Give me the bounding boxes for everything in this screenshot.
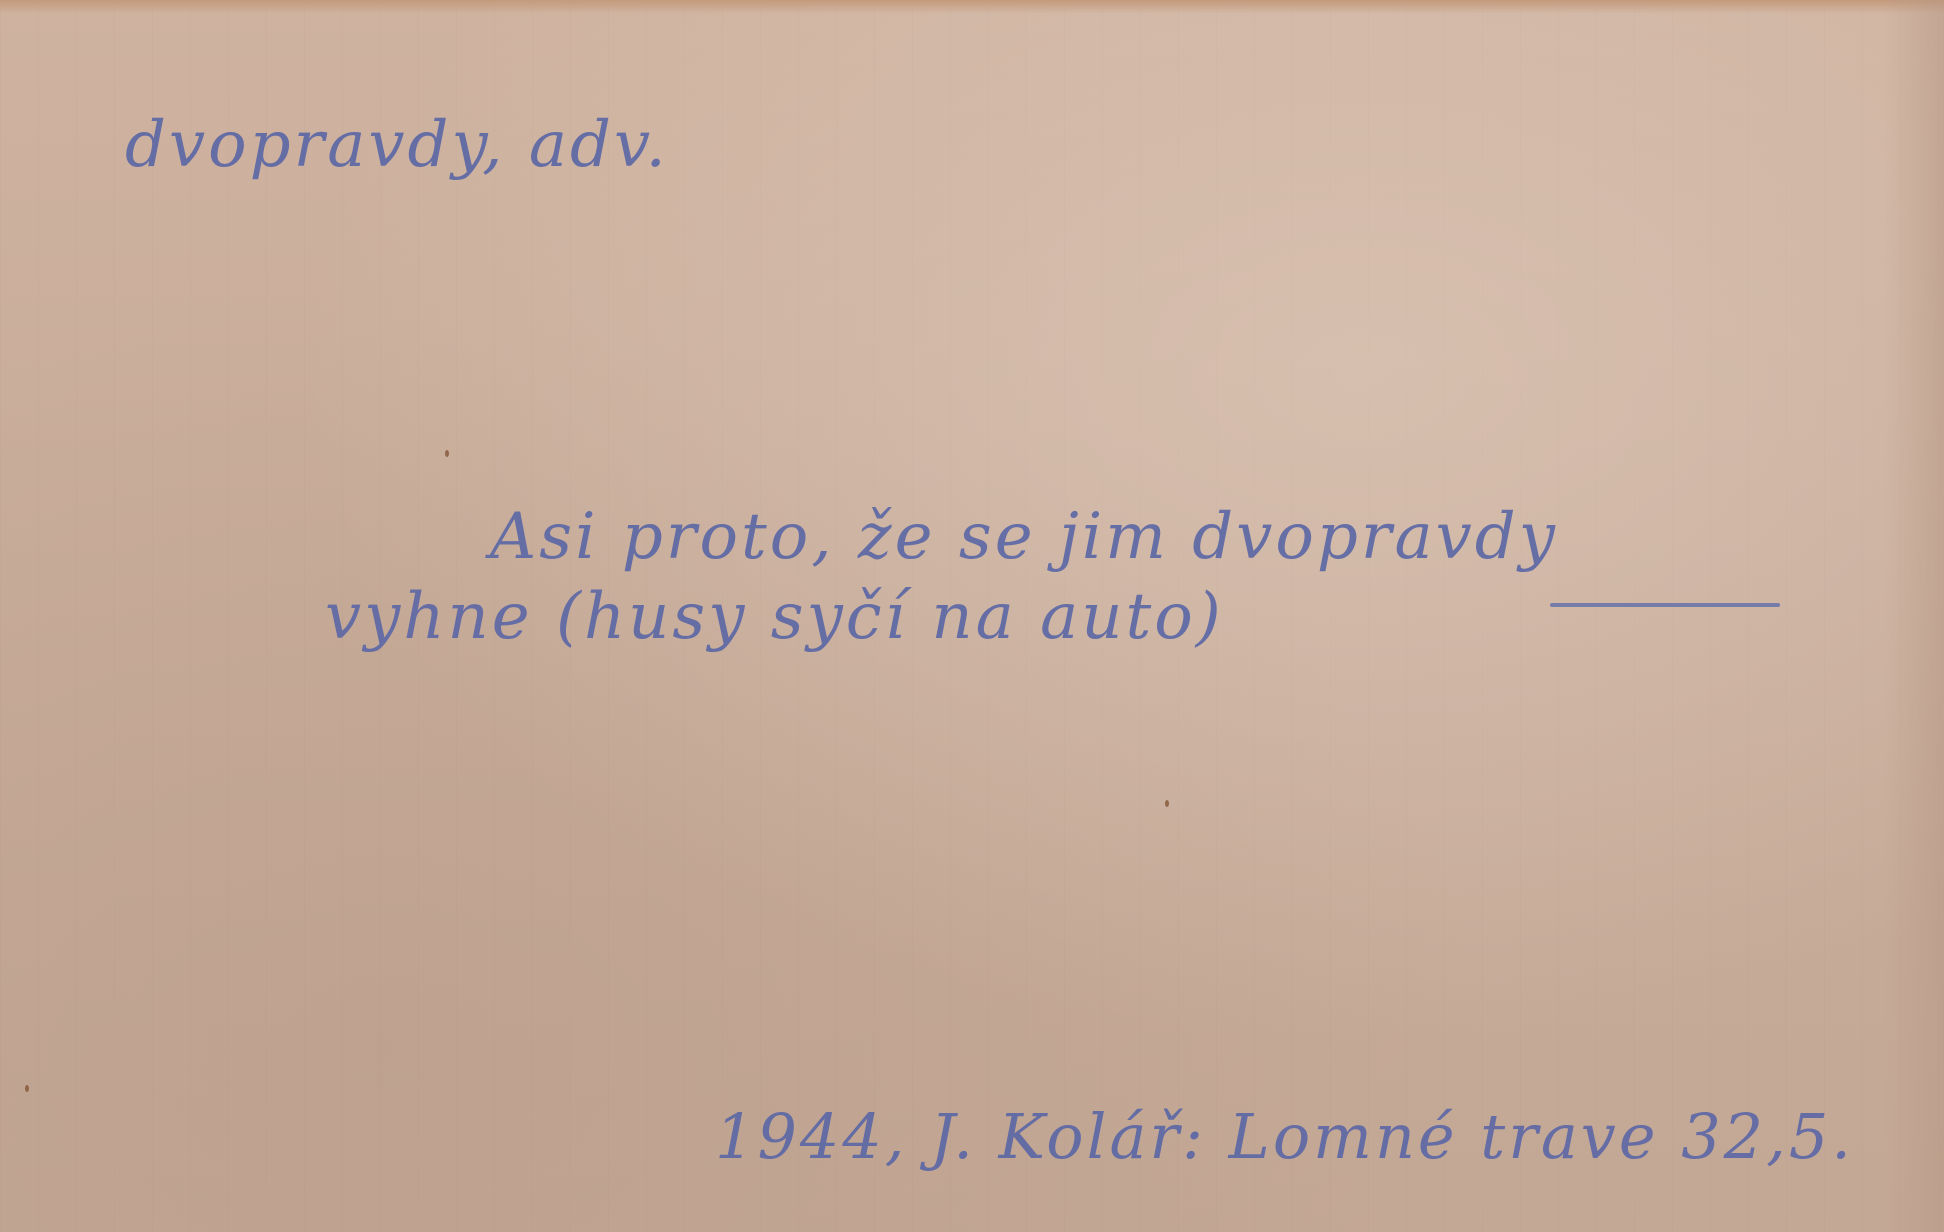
paper-edge-right bbox=[1884, 0, 1944, 1232]
paper-edge-top bbox=[0, 0, 1944, 14]
document-sheet: dvopravdy, adv. Asi proto, že se jim dvo… bbox=[0, 0, 1944, 1232]
headword-line: dvopravdy, adv. bbox=[125, 108, 669, 182]
underline-mark bbox=[1550, 603, 1780, 607]
example-sentence-line-1: Asi proto, že se jim dvopravdy bbox=[490, 500, 1558, 574]
paper-speck bbox=[1165, 800, 1169, 807]
paper-speck bbox=[25, 1085, 29, 1092]
source-citation: 1944, J. Kolář: Lomné trave 32,5. bbox=[715, 1100, 1854, 1173]
paper-speck bbox=[445, 450, 449, 457]
example-sentence-line-2: vyhne (husy syčí na auto) bbox=[325, 580, 1224, 654]
